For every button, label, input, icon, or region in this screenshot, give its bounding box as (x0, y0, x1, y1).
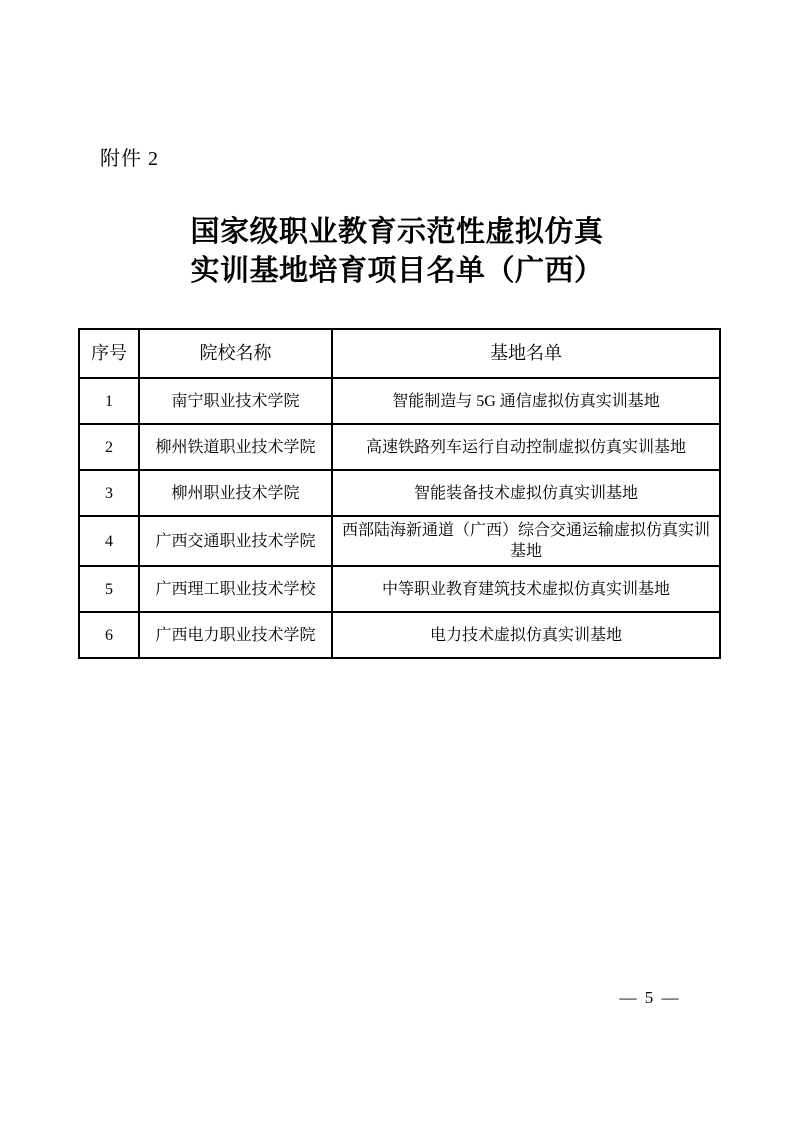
school-name-cell: 广西电力职业技术学院 (139, 612, 332, 658)
table-row: 2 柳州铁道职业技术学院 高速铁路列车运行自动控制虚拟仿真实训基地 (79, 424, 720, 470)
table-row: 3 柳州职业技术学院 智能装备技术虚拟仿真实训基地 (79, 470, 720, 516)
school-name-cell: 柳州铁道职业技术学院 (139, 424, 332, 470)
base-name-cell: 高速铁路列车运行自动控制虚拟仿真实训基地 (332, 424, 720, 470)
row-number-cell: 2 (79, 424, 139, 470)
document-title-line1: 国家级职业教育示范性虚拟仿真 (0, 213, 794, 252)
school-name-cell: 南宁职业技术学院 (139, 378, 332, 424)
attachment-label: 附件 2 (100, 142, 159, 171)
row-number-cell: 3 (79, 470, 139, 516)
table-header-row: 序号 院校名称 基地名单 (79, 329, 720, 378)
row-number-cell: 4 (79, 516, 139, 566)
base-name-cell: 智能制造与 5G 通信虚拟仿真实训基地 (332, 378, 720, 424)
document-title: 国家级职业教育示范性虚拟仿真 实训基地培育项目名单（广西） (0, 213, 794, 291)
row-number-cell: 5 (79, 566, 139, 612)
project-roster-table: 序号 院校名称 基地名单 1 南宁职业技术学院 智能制造与 5G 通信虚拟仿真实… (78, 328, 721, 659)
table-row: 1 南宁职业技术学院 智能制造与 5G 通信虚拟仿真实训基地 (79, 378, 720, 424)
base-name-cell: 电力技术虚拟仿真实训基地 (332, 612, 720, 658)
row-number-cell: 6 (79, 612, 139, 658)
school-name-cell: 广西理工职业技术学校 (139, 566, 332, 612)
page-number: — 5 — (560, 988, 740, 1008)
column-header-number: 序号 (79, 329, 139, 378)
document-page: 附件 2 国家级职业教育示范性虚拟仿真 实训基地培育项目名单（广西） 序号 院校… (0, 0, 794, 1123)
column-header-school: 院校名称 (139, 329, 332, 378)
table-row: 6 广西电力职业技术学院 电力技术虚拟仿真实训基地 (79, 612, 720, 658)
base-name-cell: 西部陆海新通道（广西）综合交通运输虚拟仿真实训基地 (332, 516, 720, 566)
column-header-base: 基地名单 (332, 329, 720, 378)
base-name-cell: 中等职业教育建筑技术虚拟仿真实训基地 (332, 566, 720, 612)
row-number-cell: 1 (79, 378, 139, 424)
school-name-cell: 柳州职业技术学院 (139, 470, 332, 516)
document-title-line2: 实训基地培育项目名单（广西） (0, 252, 794, 291)
base-name-cell: 智能装备技术虚拟仿真实训基地 (332, 470, 720, 516)
table-row: 4 广西交通职业技术学院 西部陆海新通道（广西）综合交通运输虚拟仿真实训基地 (79, 516, 720, 566)
table-row: 5 广西理工职业技术学校 中等职业教育建筑技术虚拟仿真实训基地 (79, 566, 720, 612)
school-name-cell: 广西交通职业技术学院 (139, 516, 332, 566)
